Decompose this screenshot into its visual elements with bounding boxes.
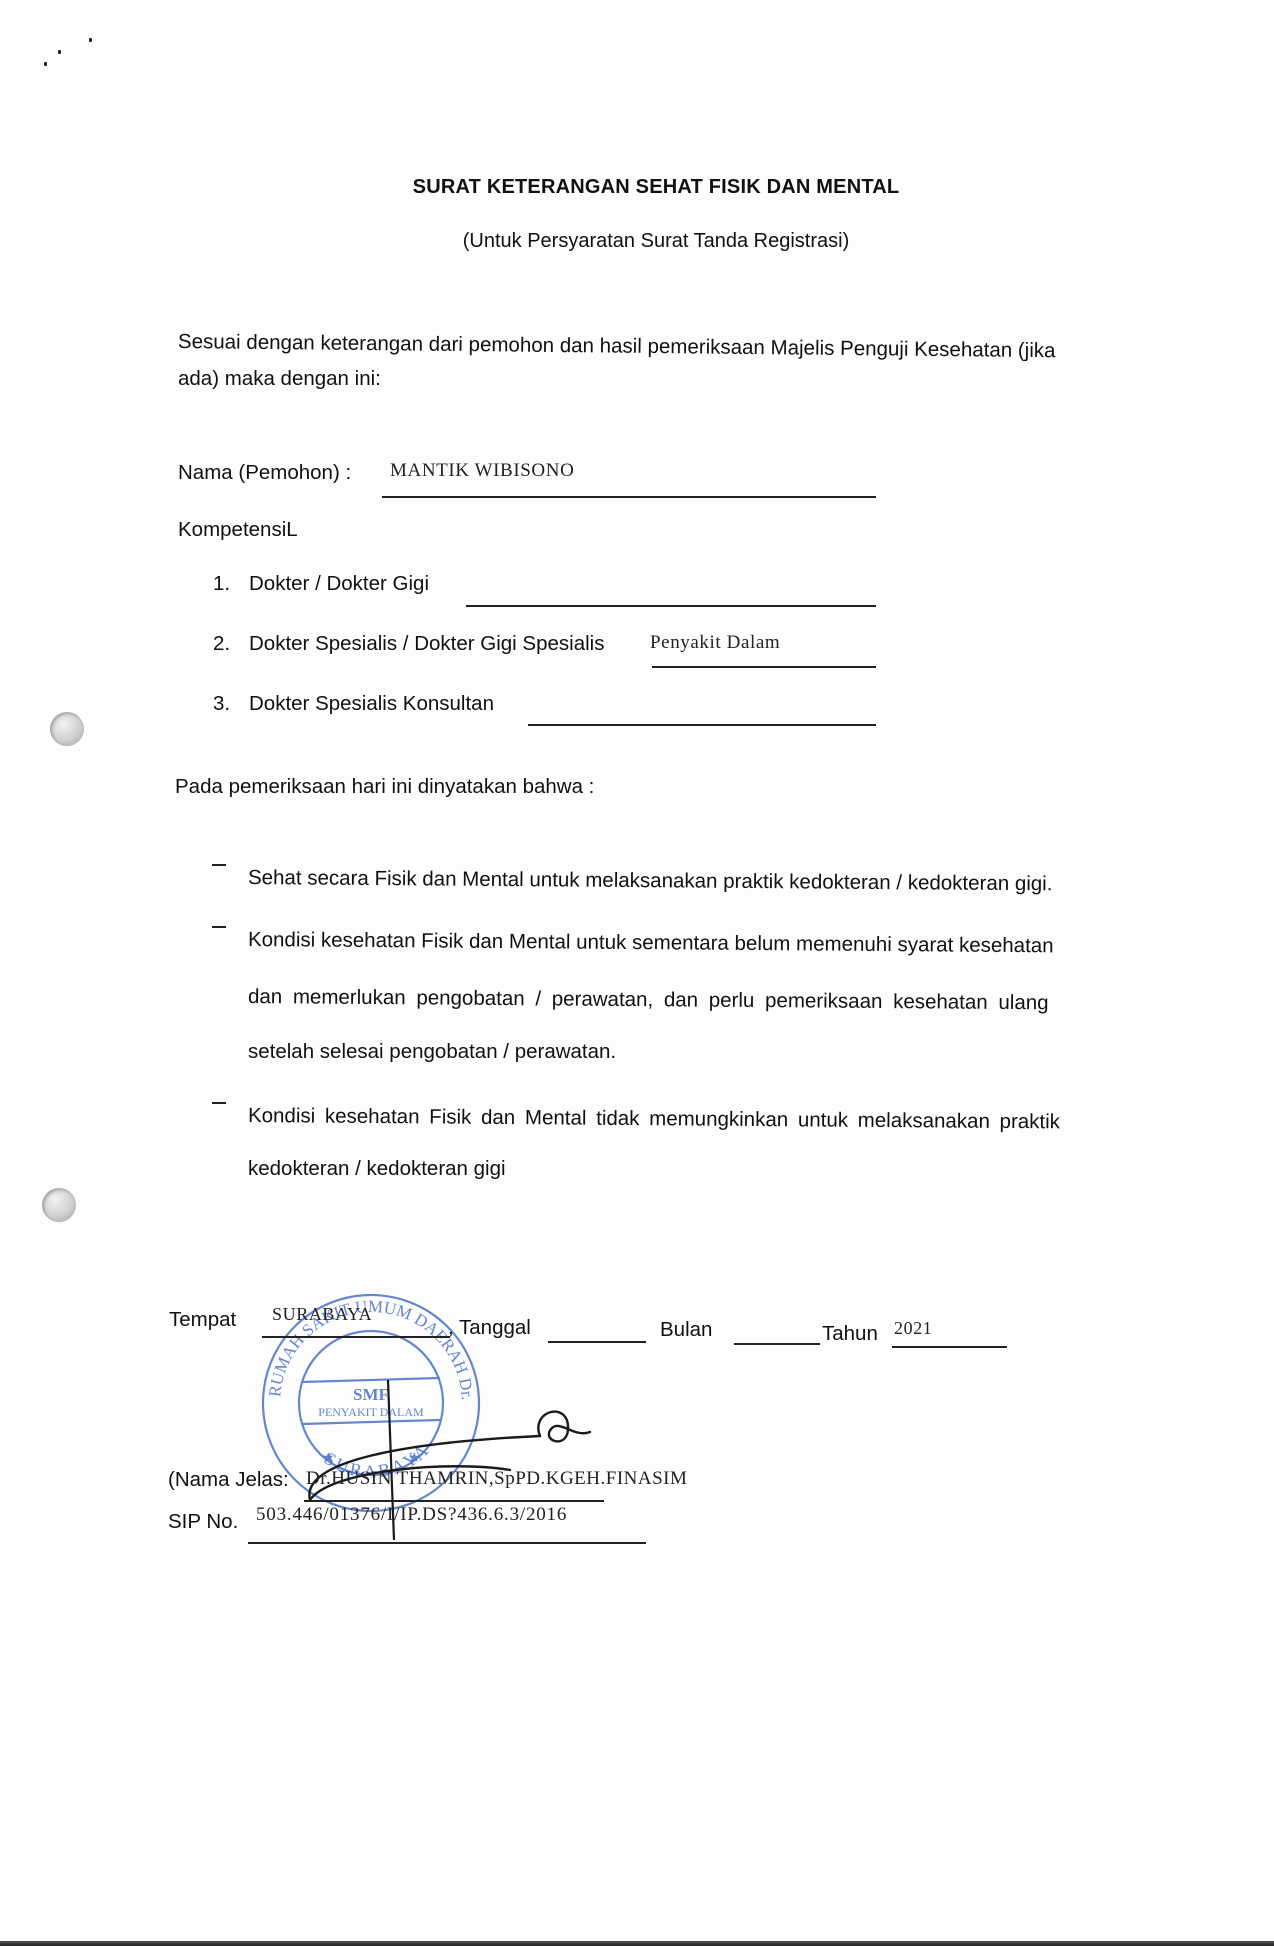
scanned-document-page: SURAT KETERANGAN SEHAT FISIK DAN MENTAL … [0,0,1274,1946]
competency-item-label: Dokter Spesialis / Dokter Gigi Spesialis [249,632,604,655]
date-underline[interactable] [548,1341,646,1343]
year-underline [892,1346,1007,1348]
statement-1-line-1: Sehat secara Fisik dan Mental untuk mela… [248,866,1053,896]
punch-hole [50,712,84,746]
competency-label: KompetensiL [178,518,298,542]
document-subtitle: (Untuk Persyaratan Surat Tanda Registras… [0,230,1274,253]
applicant-name-label: Nama (Pemohon) : [178,461,351,485]
sip-value: 503.446/01376/I/IP.DS?436.6.3/2016 [256,1504,567,1526]
competency-item-2-value: Penyakit Dalam [650,632,780,654]
document-title: SURAT KETERANGAN SEHAT FISIK DAN MENTAL [0,176,1274,199]
punch-hole [42,1188,76,1222]
examination-intro: Pada pemeriksaan hari ini dinyatakan bah… [175,773,594,801]
competency-item-number: 3. [213,692,249,716]
year-value: 2021 [894,1318,932,1339]
competency-item-3: 3.Dokter Spesialis Konsultan [213,692,494,716]
sip-label: SIP No. [168,1510,238,1534]
year-label: Tahun [822,1322,878,1346]
competency-item-number: 1. [213,572,249,596]
statement-3-line-2: kedokteran / kedokteran gigi [248,1157,506,1181]
statement-2-line-1: Kondisi kesehatan Fisik dan Mental untuk… [248,928,1054,958]
scan-speck [44,62,47,66]
competency-item-2-underline [652,666,876,668]
bullet-dash-icon [212,926,226,928]
signatory-name-underline [304,1500,604,1502]
statement-3-line-1: Kondisi kesehatan Fisik dan Mental tidak… [248,1104,1060,1134]
bullet-dash-icon [212,1102,226,1104]
place-underline [262,1336,450,1338]
scan-bottom-edge [0,1941,1274,1946]
statement-2-line-2: dan memerlukan pengobatan / perawatan, d… [248,985,1049,1015]
competency-item-label: Dokter / Dokter Gigi [249,572,429,595]
date-label: , Tanggal [448,1316,531,1340]
scan-speck [89,38,92,42]
competency-item-number: 2. [213,632,249,656]
competency-item-2: 2.Dokter Spesialis / Dokter Gigi Spesial… [213,632,604,656]
signatory-name-value: Dr.HUSIN THAMRIN,SpPD.KGEH.FINASIM [306,1468,687,1490]
competency-item-3-underline [528,724,876,726]
sip-underline [248,1542,646,1544]
competency-item-label: Dokter Spesialis Konsultan [249,692,494,715]
intro-text-line-1: Sesuai dengan keterangan dari pemohon da… [178,328,1056,365]
place-value: SURABAYA [272,1304,372,1325]
applicant-name-value: MANTIK WIBISONO [390,460,574,482]
intro-text-line-2: ada) maka dengan ini: [178,365,381,393]
month-underline[interactable] [734,1343,820,1345]
signatory-name-label: (Nama Jelas: [168,1468,289,1492]
applicant-name-underline [382,496,876,498]
competency-item-1: 1.Dokter / Dokter Gigi [213,572,429,596]
bullet-dash-icon [212,864,226,866]
month-label: Bulan [660,1318,712,1342]
scan-speck [58,50,61,54]
statement-2-line-3: setelah selesai pengobatan / perawatan. [248,1040,616,1064]
place-label: Tempat [169,1308,236,1332]
competency-item-1-underline [466,605,876,607]
